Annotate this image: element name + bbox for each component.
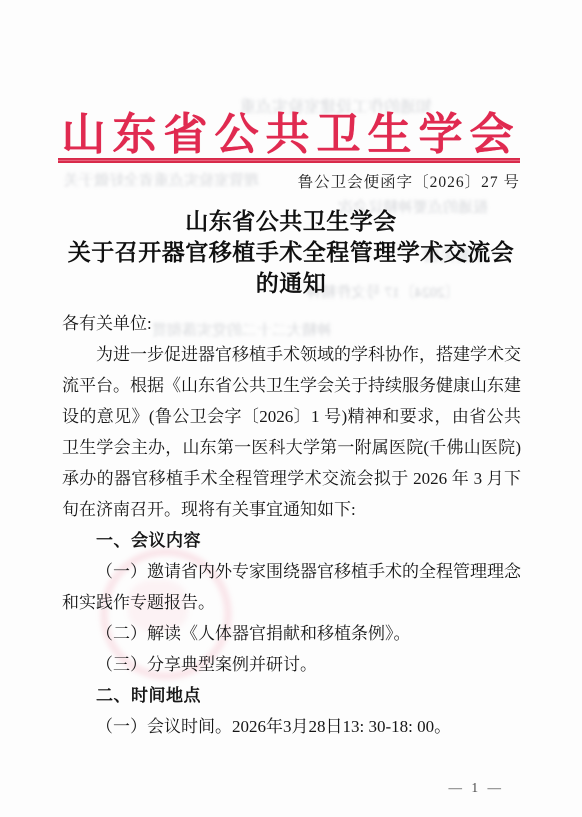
document-body: 各有关单位: 为进一步促进器官移植手术领域的学科协作，搭建学术交流平台。根据《山… xyxy=(62,308,521,742)
document-number: 鲁公卫会便函字〔2026〕27 号 xyxy=(298,170,520,192)
list-item-1-2: （二）解读《人体器官捐献和移植条例》。 xyxy=(62,618,521,649)
list-item-1-3: （三）分享典型案例并研讨。 xyxy=(62,649,521,680)
salutation: 各有关单位: xyxy=(62,308,521,339)
document-title-line1: 山东省公共卫生学会 xyxy=(0,206,582,237)
bleedthrough-text: 理管室验实点重省全好做于关 xyxy=(64,169,259,190)
paragraph-intro: 为进一步促进器官移植手术领域的学科协作，搭建学术交流平台。根据《山东省公共卫生学… xyxy=(62,339,521,525)
list-item-1-1: （一）邀请省内外专家围绕器官移植手术的全程管理理念和实践作专题报告。 xyxy=(62,556,521,618)
section-heading-1: 一、会议内容 xyxy=(62,525,521,556)
page-number: — 1 — xyxy=(449,780,505,796)
document-page: 知通的作工设建室验实点重 理管室验实点重省全好做于关 报通的点要神精议会次 求要… xyxy=(0,0,582,817)
letterhead-org-name: 山东省公共卫生学会 xyxy=(0,98,582,162)
section-heading-2: 二、时间地点 xyxy=(62,680,521,711)
document-title-line3: 的通知 xyxy=(0,268,582,299)
letterhead-divider-line xyxy=(58,158,520,163)
document-title: 山东省公共卫生学会 关于召开器官移植手术全程管理学术交流会 的通知 xyxy=(0,206,582,299)
document-title-line2: 关于召开器官移植手术全程管理学术交流会 xyxy=(0,237,582,268)
list-item-2-1: （一）会议时间。2026年3月28日13: 30-18: 00。 xyxy=(62,711,521,742)
